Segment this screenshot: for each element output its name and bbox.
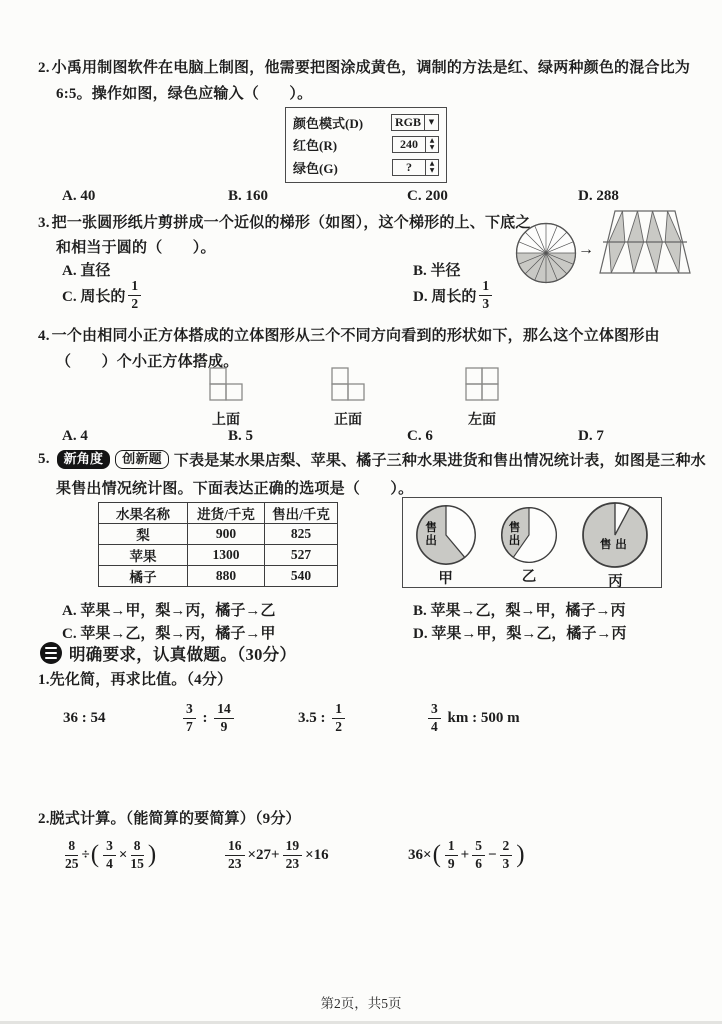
q4-number: 4.: [38, 328, 50, 344]
pie-bing: 售出 丙: [581, 501, 649, 591]
q5-option-c: C. 苹果→乙，梨→丙，橘子→甲: [62, 622, 275, 643]
exam-page: 2.小禹用制图软件在电脑上制图，他需要把图涂成黄色，调制的方法是红、绿两种颜色的…: [0, 0, 722, 1024]
q2-option-d: D. 288: [578, 188, 619, 205]
part2-title: 2.脱式计算。（能简算的要简算）（9分）: [38, 807, 301, 828]
col-header-out: 售出/千克: [265, 503, 338, 524]
sectored-circle-figure: [515, 222, 577, 284]
innovation-badge: 创新题: [115, 450, 169, 469]
col-header-name: 水果名称: [99, 503, 188, 524]
green-spinner: ? ▲▼: [392, 159, 439, 176]
color-mode-value: RGB: [392, 115, 424, 130]
simplify-item-3: 3.5 : 12: [298, 698, 348, 738]
q2-number: 2.: [38, 60, 50, 76]
q2-stem-line1: 2.小禹用制图软件在电脑上制图，他需要把图涂成黄色，调制的方法是红、绿两种颜色的…: [38, 56, 690, 77]
q3-text1: 把一张圆形纸片剪拼成一个近似的梯形（如图），这个梯形的上、下底之: [52, 215, 531, 231]
q4-option-d: D. 7: [578, 428, 604, 445]
cell: 825: [265, 524, 338, 545]
front-view-label: 正面: [314, 409, 382, 429]
section-three-title: 明确要求，认真做题。（30分）: [69, 641, 296, 665]
q2-stem-line2: 6:5。操作如图，绿色应输入（ ）。: [56, 82, 312, 103]
color-picker-dialog: 颜色模式(D) RGB ▼ 红色(R) 240 ▲▼ 绿色(G) ? ▲▼: [285, 107, 447, 183]
q2-text1: 小禹用制图软件在电脑上制图，他需要把图涂成黄色，调制的方法是红、绿两种颜色的混合…: [52, 60, 690, 76]
col-header-in: 进货/千克: [188, 503, 265, 524]
pie-jia-name: 甲: [438, 567, 453, 588]
red-value-row: 红色(R) 240 ▲▼: [293, 135, 439, 154]
sold-label: 售出: [425, 522, 438, 548]
spinner-arrows-icon: ▲▼: [425, 160, 438, 175]
calc-item-2: 1623×27+1923×16: [222, 832, 329, 878]
spinner-arrows-icon: ▲▼: [425, 137, 438, 152]
q4-option-b: B. 5: [228, 428, 253, 445]
red-value: 240: [393, 137, 425, 152]
q4-option-c: C. 6: [407, 428, 433, 445]
pie-chart-box: 售出 甲 售出 乙 售出 丙: [402, 497, 662, 588]
q4-option-a: A. 4: [62, 428, 88, 445]
section-three-icon: [40, 642, 62, 664]
cell: 900: [188, 524, 265, 545]
top-view-figure: [192, 367, 260, 406]
green-label: 绿色(G): [293, 158, 338, 177]
cell: 苹果: [99, 545, 188, 566]
q5-option-d: D. 苹果→甲，梨→乙，橘子→丙: [413, 622, 626, 643]
new-angle-badge: 新角度: [57, 450, 111, 469]
part1-title: 1.先化简，再求比值。（4分）: [38, 668, 232, 689]
q4-stem-line1: 4.一个由相同小正方体搭成的立体图形从三个不同方向看到的形状如下，那么这个立体图…: [38, 324, 660, 345]
page-footer: 第2页，共5页: [0, 992, 722, 1012]
table-row: 苹果 1300 527: [99, 545, 338, 566]
left-view-label: 左面: [448, 409, 516, 429]
left-view-figure: [448, 367, 516, 406]
cell: 橘子: [99, 566, 188, 587]
cell: 540: [265, 566, 338, 587]
fruit-table: 水果名称 进货/千克 售出/千克 梨 900 825 苹果 1300 527 橘…: [98, 502, 338, 587]
q3-stem-line1: 3.把一张圆形纸片剪拼成一个近似的梯形（如图），这个梯形的上、下底之: [38, 211, 531, 232]
q3-number: 3.: [38, 215, 50, 231]
section-three-header: 明确要求，认真做题。（30分）: [40, 641, 296, 665]
q5-number: 5.: [38, 451, 50, 468]
green-value: ?: [393, 160, 425, 175]
sold-label: 售出: [508, 522, 521, 548]
pie-bing-figure: [581, 501, 649, 569]
green-value-row: 绿色(G) ? ▲▼: [293, 158, 439, 177]
color-mode-dropdown: RGB ▼: [391, 114, 439, 131]
color-mode-label: 颜色模式(D): [293, 113, 363, 132]
cell: 880: [188, 566, 265, 587]
simplify-item-2: 37 : 149: [180, 698, 237, 738]
pie-bing-name: 丙: [608, 570, 623, 591]
calc-item-1: 825÷(34×815): [62, 832, 157, 878]
calc-item-3: 36×(19+56−23): [408, 832, 526, 878]
q3-option-d: D. 周长的13: [413, 276, 495, 314]
q3-option-c: C. 周长的12: [62, 276, 144, 314]
q2-option-a: A. 40: [62, 188, 95, 205]
cell: 1300: [188, 545, 265, 566]
view-left: 左面: [448, 367, 516, 429]
q4-text1: 一个由相同小正方体搭成的立体图形从三个不同方向看到的形状如下，那么这个立体图形由: [52, 328, 660, 344]
chevron-down-icon: ▼: [424, 115, 438, 130]
pie-yi: 售出 乙: [500, 501, 558, 586]
q5-option-a: A. 苹果→甲，梨→丙，橘子→乙: [62, 599, 275, 620]
red-label: 红色(R): [293, 135, 337, 154]
table-header-row: 水果名称 进货/千克 售出/千克: [99, 503, 338, 524]
q3-stem-line2: 和相当于圆的（ ）。: [56, 236, 216, 257]
q5-stem-line1: 5. 新角度 创新题 下表是某水果店梨、苹果、橘子三种水果进货和售出情况统计表，…: [38, 449, 706, 470]
sold-label: 售出: [600, 539, 631, 552]
q5-stem-line2: 果售出情况统计图。下面表达正确的选项是（ ）。: [56, 477, 413, 498]
q2-option-c: C. 200: [407, 188, 448, 205]
table-row: 橘子 880 540: [99, 566, 338, 587]
top-view-label: 上面: [192, 409, 260, 429]
simplify-item-1: 36 : 54: [63, 698, 106, 738]
table-row: 梨 900 825: [99, 524, 338, 545]
simplify-item-4: 34 km : 500 m: [425, 698, 520, 738]
cell: 梨: [99, 524, 188, 545]
trapezoid-figure: [598, 208, 692, 276]
q5-text1: 下表是某水果店梨、苹果、橘子三种水果进货和售出情况统计表，如图是三种水: [174, 449, 706, 470]
transform-arrow-icon: →: [578, 241, 594, 259]
view-front: 正面: [314, 367, 382, 429]
pie-yi-name: 乙: [522, 565, 537, 586]
q2-option-b: B. 160: [228, 188, 268, 205]
circle-to-trapezoid-figure: →: [515, 206, 695, 296]
front-view-figure: [314, 367, 382, 406]
q5-option-b: B. 苹果→乙，梨→甲，橘子→丙: [413, 599, 626, 620]
view-top: 上面: [192, 367, 260, 429]
red-spinner: 240 ▲▼: [392, 136, 439, 153]
pie-jia: 售出 甲: [415, 501, 477, 588]
color-mode-row: 颜色模式(D) RGB ▼: [293, 113, 439, 132]
cell: 527: [265, 545, 338, 566]
